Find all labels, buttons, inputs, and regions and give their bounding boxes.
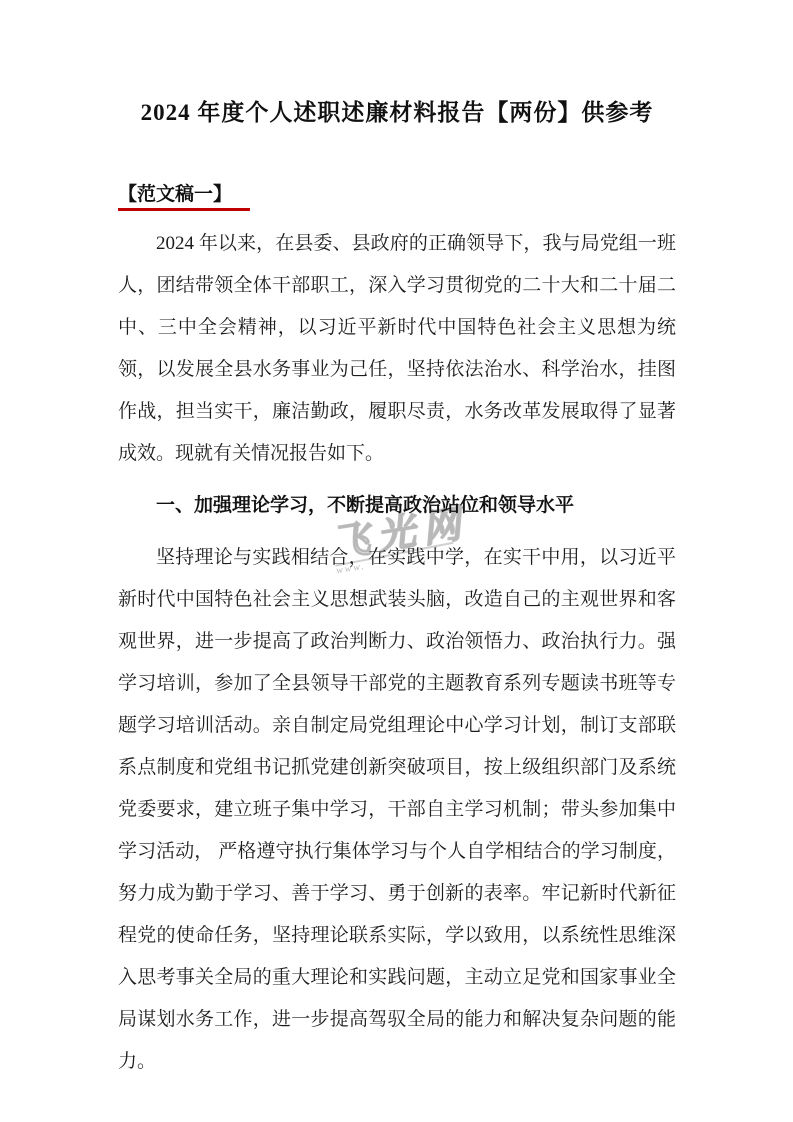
document-page: 飞光网 www. 2024 年度个人述职述廉材料报告【两份】供参考 【范文稿一】… bbox=[0, 0, 793, 1122]
paragraph-section-1: 坚持理论与实践相结合，在实践中学，在实干中用，以习近平新时代中国特色社会主义思想… bbox=[118, 537, 676, 1083]
sub-heading-1: 一、加强理论学习，不断提高政治站位和领导水平 bbox=[118, 485, 676, 527]
paragraph-intro: 2024 年以来，在县委、县政府的正确领导下，我与局党组一班人，团结带领全体干部… bbox=[118, 223, 676, 475]
section-header-row: 【范文稿一】 bbox=[118, 183, 676, 213]
section-heading: 【范文稿一】 bbox=[118, 183, 250, 211]
document-title: 2024 年度个人述职述廉材料报告【两份】供参考 bbox=[118, 96, 676, 130]
